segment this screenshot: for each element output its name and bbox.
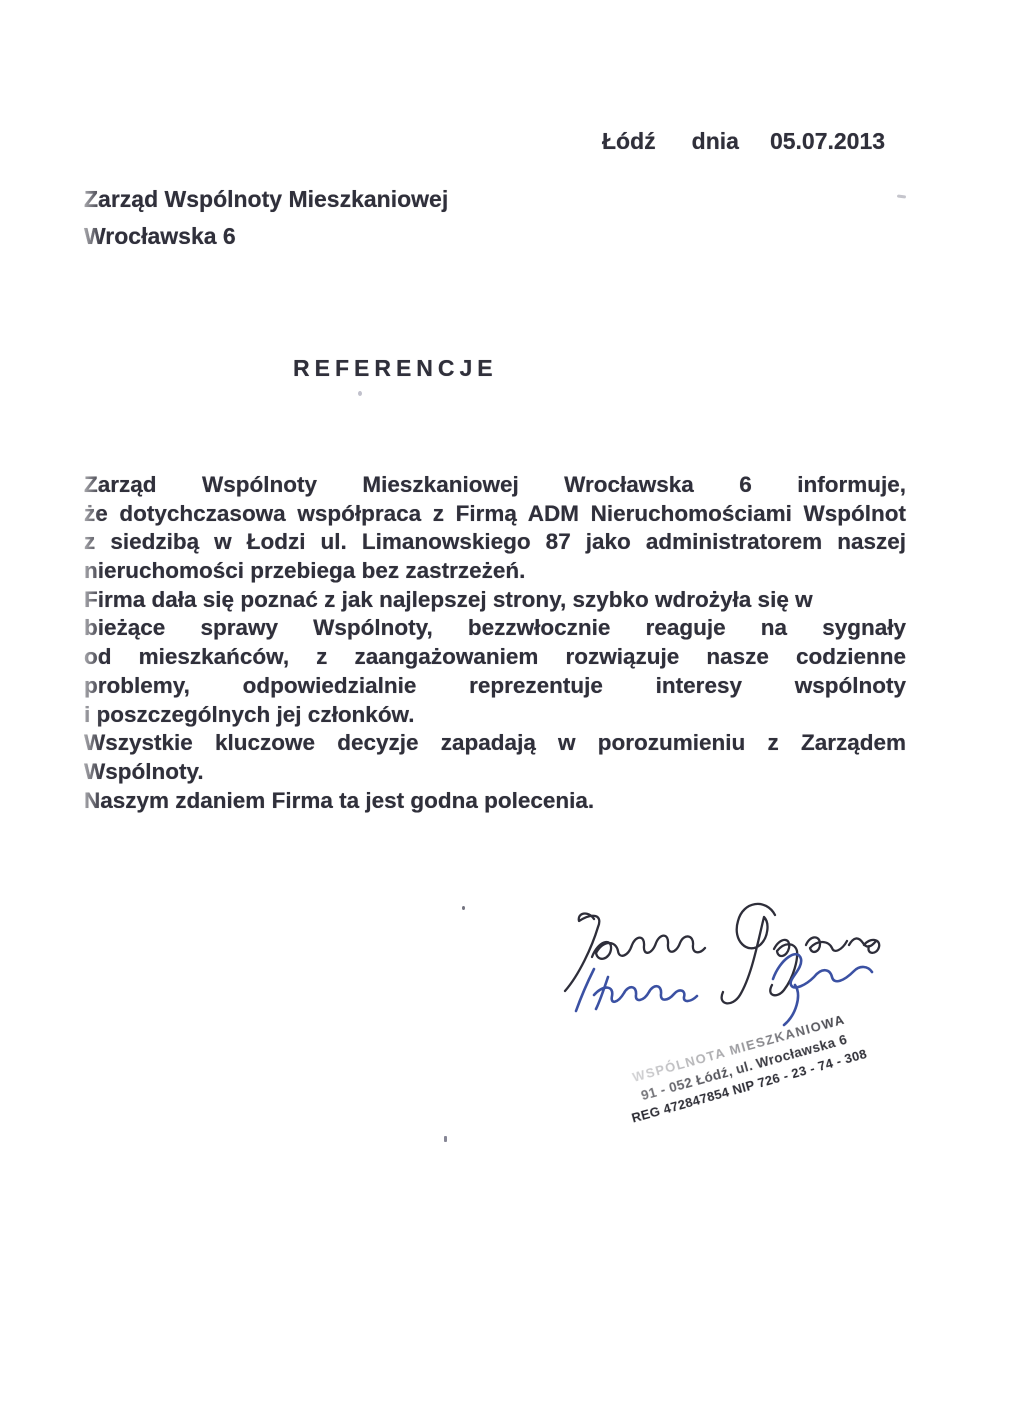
dateline-city: Łódź [602, 128, 656, 155]
dateline-date: 05.07.2013 [770, 128, 885, 155]
scan-speck [462, 906, 465, 910]
signature-secondary-stroke [576, 954, 872, 1025]
signature-primary-stroke [565, 904, 879, 1003]
letter-body: Zarząd Wspólnoty Mieszkaniowej Wrocławsk… [84, 471, 906, 815]
body-line: Wszystkie kluczowe decyzje zapadają w po… [84, 729, 906, 758]
body-line: z siedzibą w Łodzi ul. Limanowskiego 87 … [84, 528, 906, 557]
addressee-block: Zarząd Wspólnoty Mieszkaniowej Wrocławsk… [84, 181, 448, 254]
body-line: że dotychczasowa współpraca z Firmą ADM … [84, 500, 906, 529]
scan-speck [358, 391, 362, 396]
dateline: Łódź dnia 05.07.2013 [602, 128, 885, 155]
body-line: Firma dała się poznać z jak najlepszej s… [84, 586, 906, 615]
scan-speck [444, 1136, 447, 1142]
scanned-letter-page: Łódź dnia 05.07.2013 Zarząd Wspólnoty Mi… [0, 0, 1024, 1409]
body-line: Naszym zdaniem Firma ta jest godna polec… [84, 787, 906, 816]
body-line: od mieszkańców, z zaangażowaniem rozwiąz… [84, 643, 906, 672]
addressee-org-name: Zarząd Wspólnoty Mieszkaniowej [84, 181, 448, 218]
body-line: Zarząd Wspólnoty Mieszkaniowej Wrocławsk… [84, 471, 906, 500]
stamp: WSPÓLNOTA MIESZKANIOWA 91 - 052 Łódź, ul… [586, 999, 901, 1134]
addressee-street: Wrocławska 6 [84, 218, 448, 255]
body-line: nieruchomości przebiega bez zastrzeżeń. [84, 557, 906, 586]
dateline-word: dnia [692, 128, 739, 155]
scan-speck [897, 194, 906, 198]
body-line: problemy, odpowiedzialnie reprezentuje i… [84, 672, 906, 701]
body-line: bieżące sprawy Wspólnoty, bezzwłocznie r… [84, 614, 906, 643]
letter-title: REFERENCJE [293, 355, 498, 382]
body-line: i poszczególnych jej członków. [84, 701, 906, 730]
body-line: Wspólnoty. [84, 758, 906, 787]
